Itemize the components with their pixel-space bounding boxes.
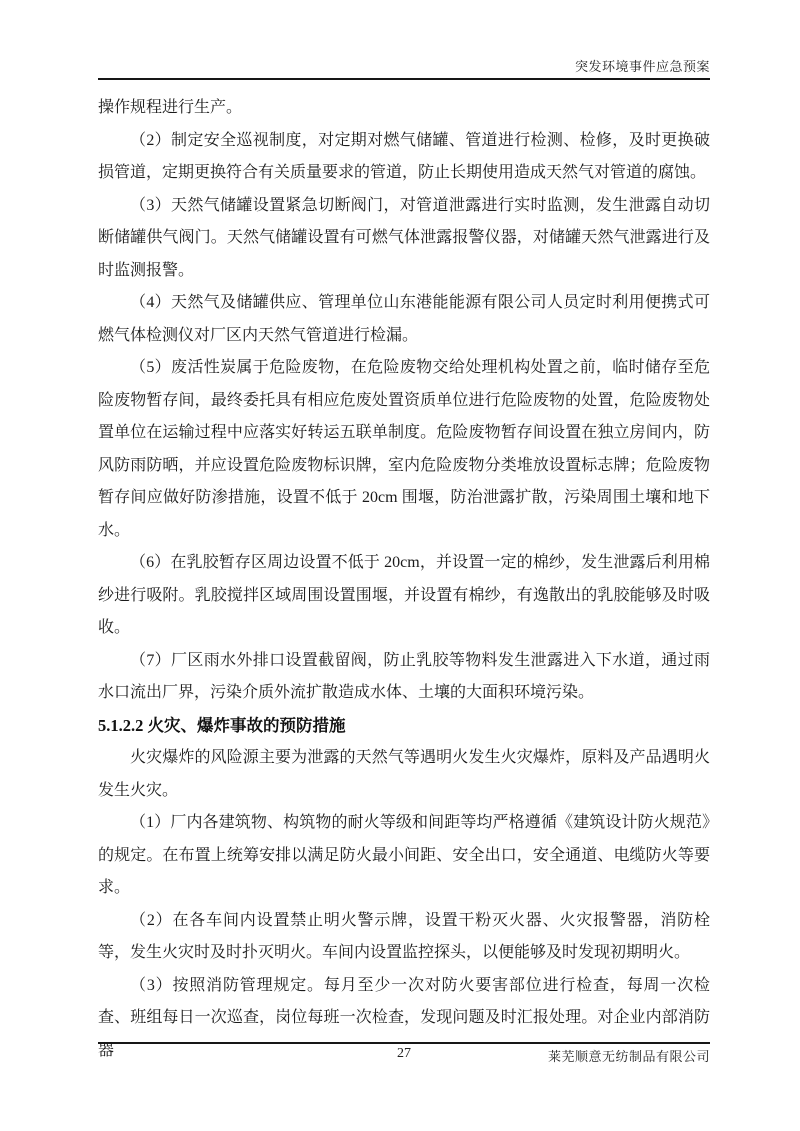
header-title: 突发环境事件应急预案 [98, 0, 710, 78]
page-header: 突发环境事件应急预案 [98, 0, 710, 80]
paragraph-item-2: （2）制定安全巡视制度，对定期对燃气储罐、管道进行检测、检修，及时更换破损管道，… [98, 125, 710, 190]
footer-row: 27 莱芜顺意无纺制品有限公司 [98, 1044, 710, 1068]
paragraph-fire-item-2: （2）在各车间内设置禁止明火警示牌，设置干粉灭火器、火灾报警器，消防栓等，发生火… [98, 905, 710, 970]
paragraph-item-5: （5）废活性炭属于危险废物，在危险废物交给处理机构处置之前，临时储存至危险废物暂… [98, 352, 710, 547]
document-page: 突发环境事件应急预案 操作规程进行生产。 （2）制定安全巡视制度，对定期对燃气储… [0, 0, 800, 1131]
paragraph-item-4: （4）天然气及储罐供应、管理单位山东港能能源有限公司人员定时利用便携式可燃气体检… [98, 287, 710, 352]
paragraph-item-6: （6）在乳胶暂存区周边设置不低于 20cm，并设置一定的棉纱，发生泄露后利用棉纱… [98, 547, 710, 645]
paragraph-item-3: （3）天然气储罐设置紧急切断阀门，对管道泄露进行实时监测，发生泄露自动切断储罐供… [98, 190, 710, 288]
document-body: 操作规程进行生产。 （2）制定安全巡视制度，对定期对燃气储罐、管道进行检测、检修… [98, 92, 710, 1067]
section-heading: 5.1.2.2 火灾、爆炸事故的预防措施 [98, 710, 710, 743]
paragraph-fire-risk-intro: 火灾爆炸的风险源主要为泄露的天然气等遇明火发生火灾爆炸，原料及产品遇明火发生火灾… [98, 742, 710, 807]
paragraph-fire-item-1: （1）厂内各建筑物、构筑物的耐火等级和间距等均严格遵循《建筑设计防火规范》的规定… [98, 807, 710, 905]
page-footer: 27 莱芜顺意无纺制品有限公司 [98, 1042, 710, 1068]
header-rule [98, 78, 710, 80]
paragraph-continuation: 操作规程进行生产。 [98, 92, 710, 125]
footer-company: 莱芜顺意无纺制品有限公司 [548, 1046, 710, 1065]
paragraph-item-7: （7）厂区雨水外排口设置截留阀，防止乳胶等物料发生泄露进入下水道，通过雨水口流出… [98, 645, 710, 710]
